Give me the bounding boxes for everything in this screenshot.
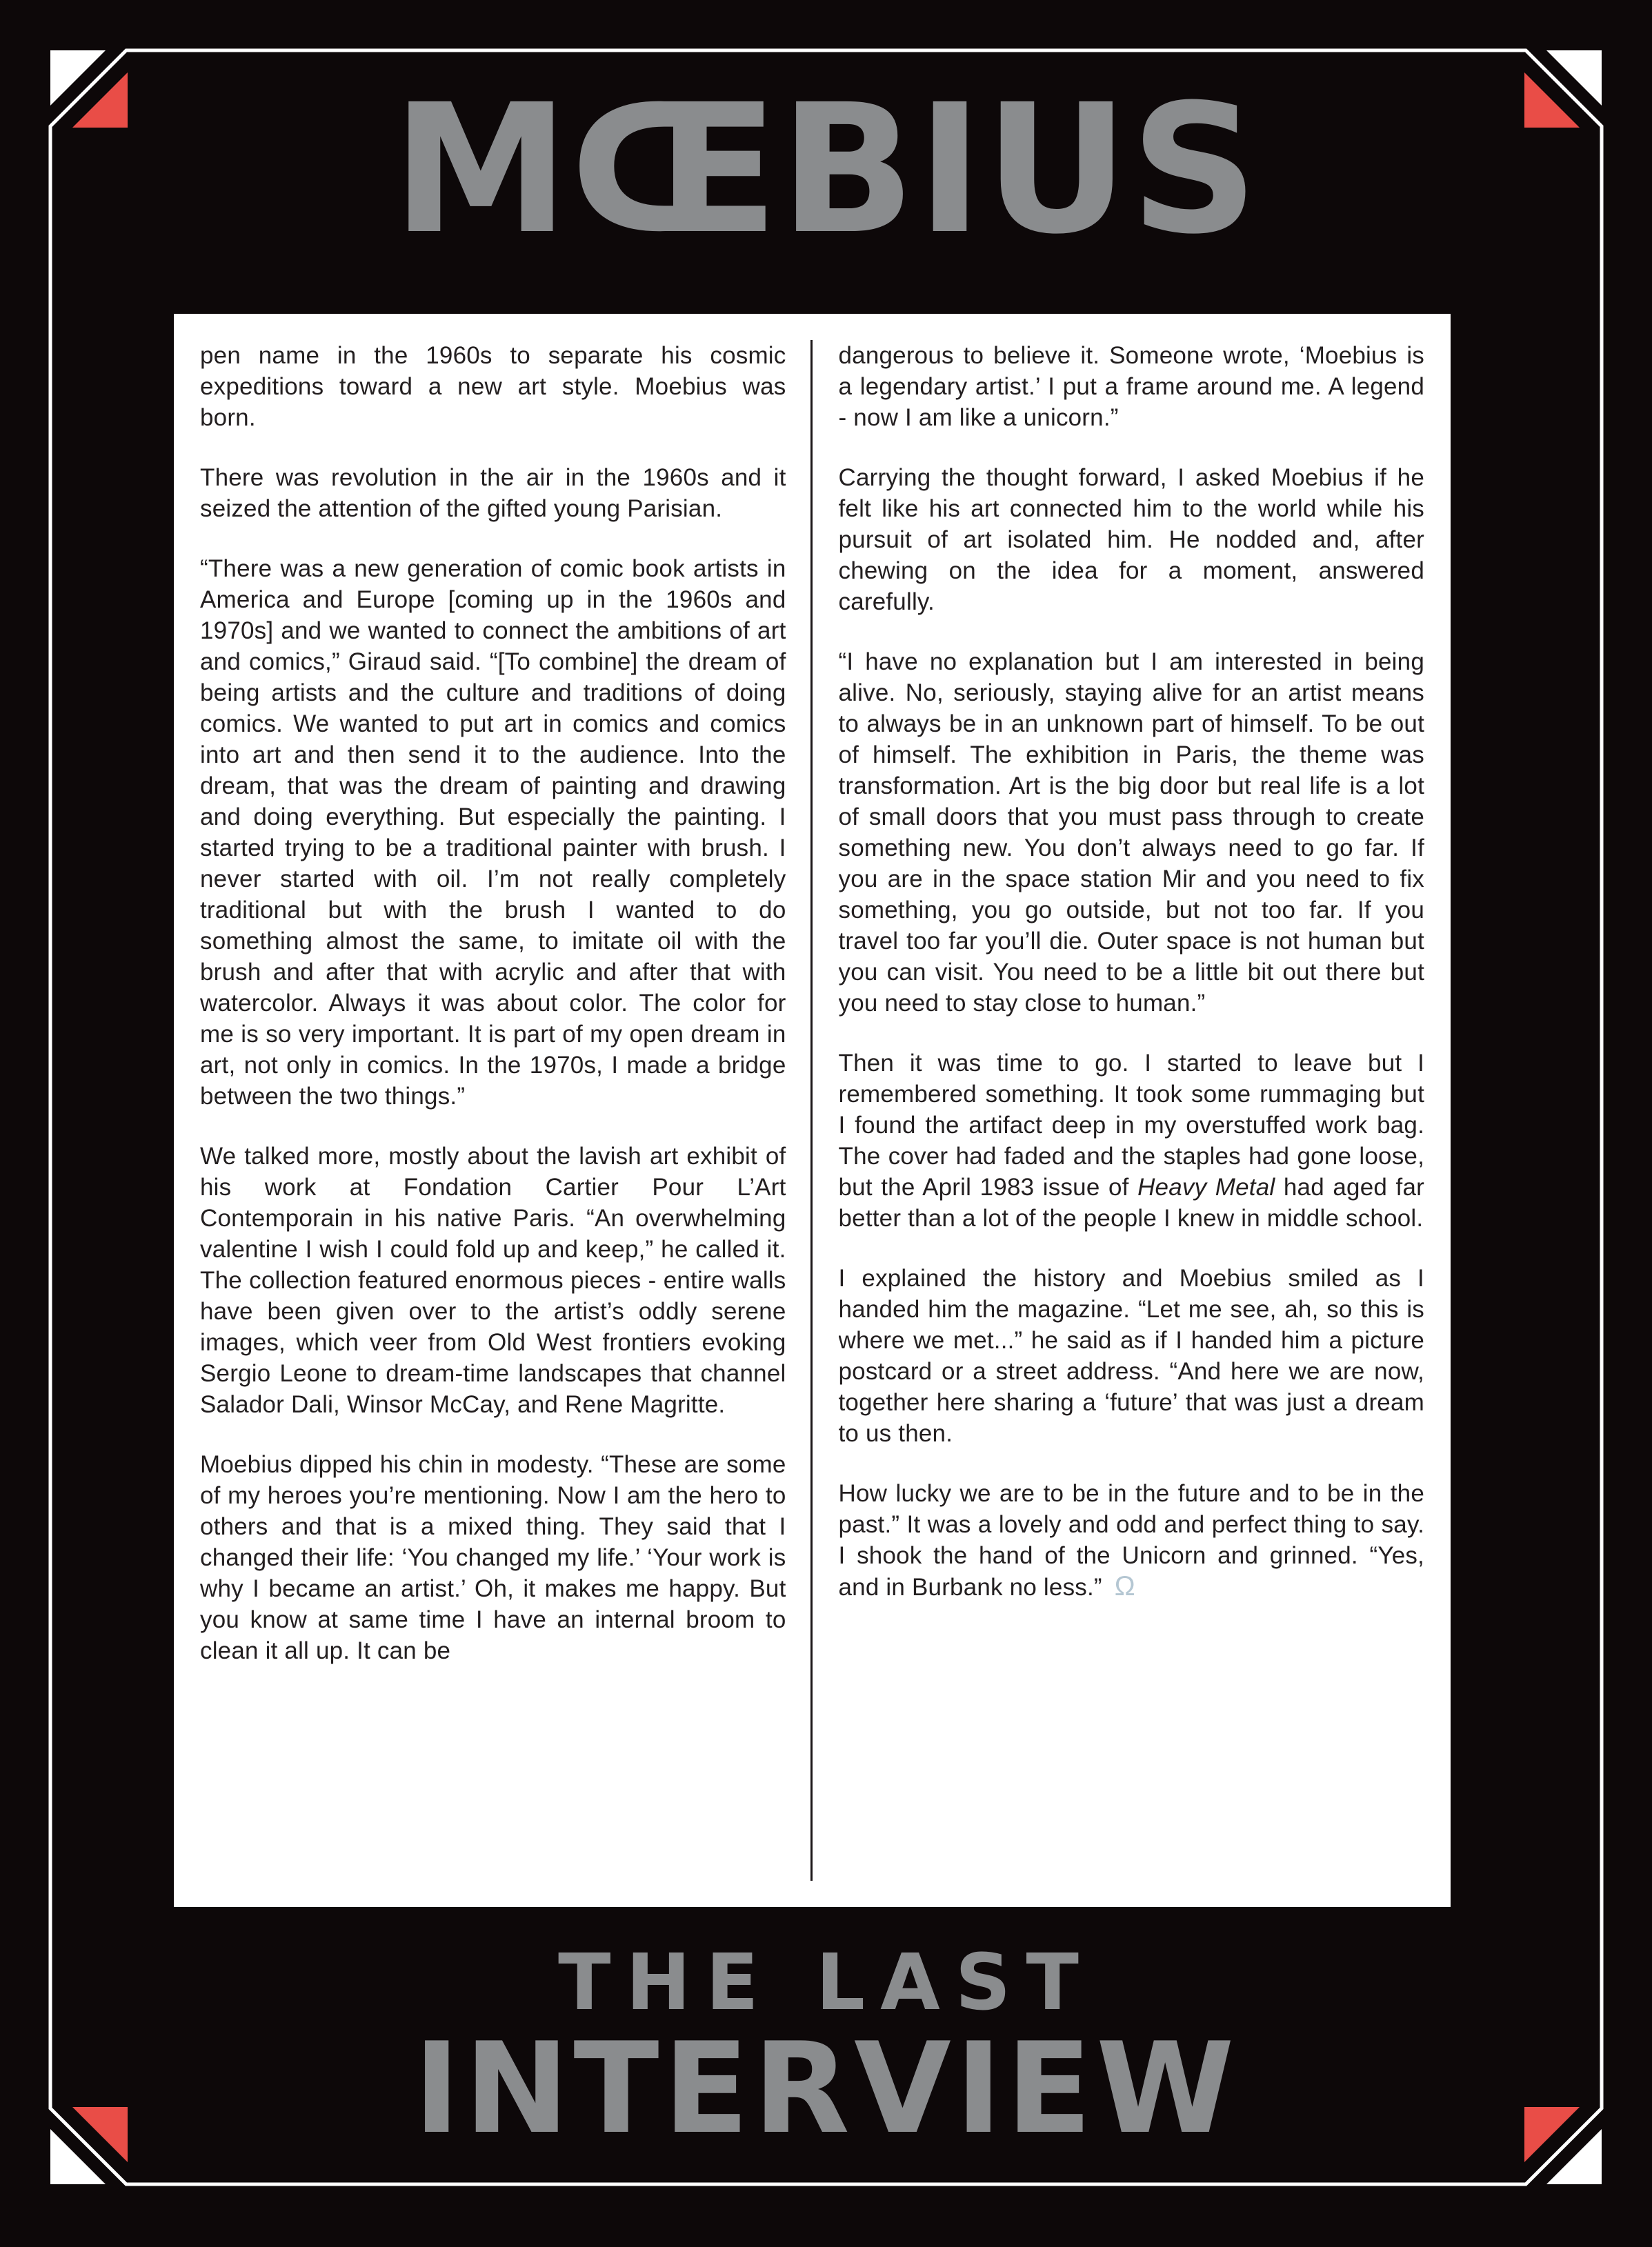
paragraph: pen name in the 1960s to separate his co…	[200, 340, 786, 433]
paragraph: “There was a new generation of comic boo…	[200, 553, 786, 1112]
paragraph: “I have no explanation but I am interest…	[839, 646, 1425, 1019]
paragraph: Moebius dipped his chin in modesty. “The…	[200, 1449, 786, 1666]
paragraph: How lucky we are to be in the future and…	[839, 1478, 1425, 1603]
paragraph: There was revolution in the air in the 1…	[200, 462, 786, 524]
paragraph: Carrying the thought forward, I asked Mo…	[839, 462, 1425, 617]
footer-title-the-last: THE LAST	[0, 1941, 1652, 2024]
article-right-column: dangerous to believe it. Someone wrote, …	[839, 340, 1425, 1882]
footer-title-interview: INTERVIEW	[0, 2019, 1652, 2157]
paragraph: I explained the history and Moebius smil…	[839, 1263, 1425, 1449]
magazine-page: MŒBIUS pen name in the 1960s to separate…	[0, 0, 1652, 2247]
paragraph: Then it was time to go. I started to lea…	[839, 1048, 1425, 1234]
paragraph: We talked more, mostly about the lavish …	[200, 1141, 786, 1420]
omega-end-mark-icon: Ω	[1102, 1571, 1135, 1601]
magazine-title-italic: Heavy Metal	[1137, 1174, 1275, 1201]
article-body: pen name in the 1960s to separate his co…	[174, 314, 1451, 1907]
paragraph: dangerous to believe it. Someone wrote, …	[839, 340, 1425, 433]
article-left-column: pen name in the 1960s to separate his co…	[200, 340, 786, 1882]
page-title: MŒBIUS	[0, 66, 1652, 273]
